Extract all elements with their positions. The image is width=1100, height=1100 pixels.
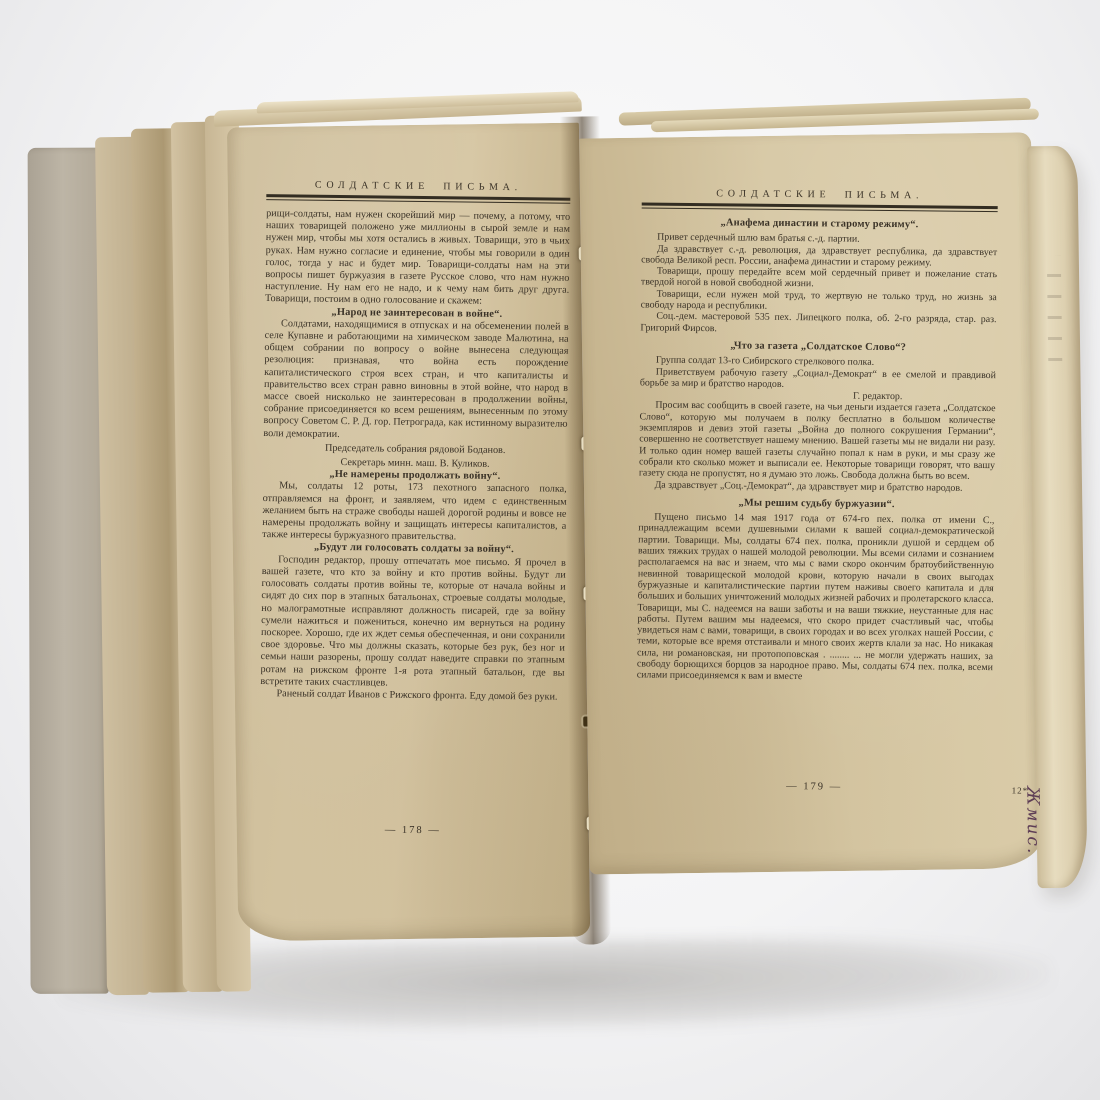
running-head: СОЛДАТСКИЕ ПИСЬМА. — [266, 179, 570, 194]
header-rule-thin — [266, 199, 570, 204]
section-heading: „Что за газета „Солдатское Слово“? — [640, 339, 996, 354]
right-page: СОЛДАТСКИЕ ПИСЬМА. „Анафема династии и с… — [579, 132, 1041, 874]
fore-edge-smudges — [1047, 256, 1063, 376]
section-paragraph: Пущено письмо 14 мая 1917 года от 674-го… — [637, 512, 995, 685]
photo-backdrop: СОЛДАТСКИЕ ПИСЬМА. рищи-солдаты, нам нуж… — [0, 0, 1100, 1100]
section-heading: „Анафема династии и старому режиму“. — [641, 216, 997, 231]
fore-edge: Жмис. — [1027, 146, 1087, 889]
handwritten-inscription: Жмис. — [1022, 786, 1043, 855]
left-page: СОЛДАТСКИЕ ПИСЬМА. рищи-солдаты, нам нуж… — [227, 123, 590, 942]
signature-paragraph: Соц.-дем. мастеровой 535 пех. Липецкого … — [640, 311, 996, 337]
page-number-178: — 178 — — [237, 823, 589, 838]
running-head: СОЛДАТСКИЕ ПИСЬМА. — [642, 187, 998, 202]
section-paragraph: Приветствуем рабочую газету „Социал-Демо… — [640, 366, 996, 392]
open-book: СОЛДАТСКИЕ ПИСЬМА. рищи-солдаты, нам нуж… — [19, 88, 1087, 1033]
signature-paragraph: Раненый солдат Иванов с Рижского фронта.… — [260, 688, 564, 704]
header-rule-thin — [642, 207, 998, 212]
section-paragraph: Господин редактор, прошу отпечатать мое … — [260, 554, 566, 692]
section-paragraph: Просим вас сообщить в своей газете, на ч… — [639, 400, 996, 483]
left-page-text: СОЛДАТСКИЕ ПИСЬМА. рищи-солдаты, нам нуж… — [260, 179, 570, 704]
right-page-text: СОЛДАТСКИЕ ПИСЬМА. „Анафема династии и с… — [637, 187, 998, 684]
section-paragraph: Солдатами, находящимися в отпусках и на … — [263, 318, 568, 444]
page-number-text: — 179 — — [786, 781, 842, 793]
page-number-179: — 179 — 12* — [588, 779, 1040, 795]
section-heading: „Мы решим судьбу буржуазии“. — [639, 496, 995, 511]
section-paragraph: Мы, солдаты 12 роты, 173 пехотного запас… — [262, 481, 567, 546]
signature-line: Председатель собрания рядовой Боданов. — [263, 442, 567, 458]
continuation-paragraph: рищи-солдаты, нам нужен скорейший мир — … — [265, 208, 570, 309]
